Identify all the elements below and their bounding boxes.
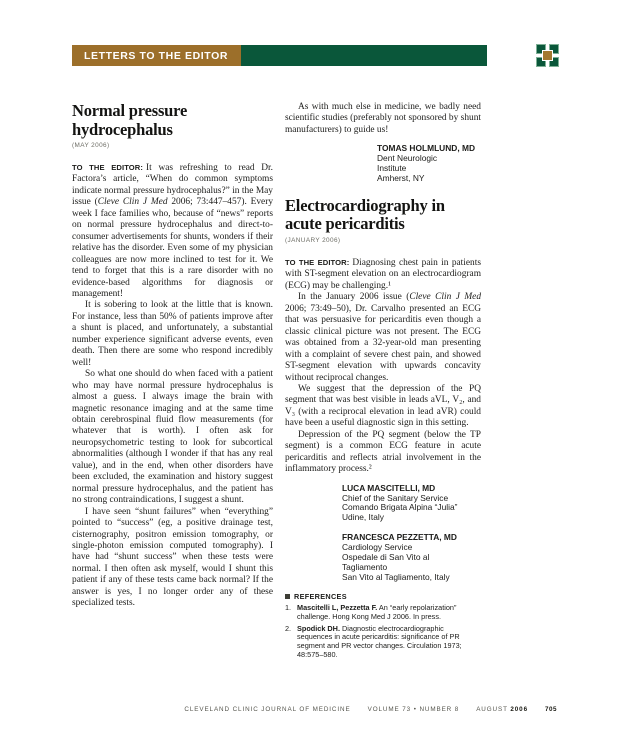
salutation: TO THE EDITOR: [285, 258, 349, 267]
page-footer: CLEVELAND CLINIC JOURNAL OF MEDICINE VOL… [184, 706, 557, 713]
signature-line: Udine, Italy [342, 513, 481, 523]
journal-page: LETTERS TO THE EDITOR Normal pressure hy… [0, 0, 620, 751]
paragraph: We suggest that the depression of the PQ… [285, 384, 481, 430]
signature-block: LUCA MASCITELLI, MD Chief of the Sanitar… [342, 484, 481, 524]
references-heading: REFERENCES [285, 592, 481, 601]
signature-name: LUCA MASCITELLI, MD [342, 484, 481, 494]
letter2-title: Electrocardiography in acute pericarditi… [285, 197, 481, 234]
section-label: LETTERS TO THE EDITOR [72, 45, 241, 66]
signature-line: San Vito al Tagliamento, Italy [342, 573, 481, 583]
reference-number: 1. [285, 604, 297, 622]
reference-number: 2. [285, 625, 297, 661]
signature-block: FRANCESCA PEZZETTA, MD Cardiology Servic… [342, 533, 481, 583]
footer-issue-date: AUGUST 2006 [476, 706, 528, 713]
reference-text: Mascitelli L, Pezzetta F. An “early repo… [297, 604, 481, 622]
paragraph: TO THE EDITOR:It was refreshing to read … [72, 162, 273, 300]
paragraph-text: It was refreshing to read Dr. Factora’s … [72, 163, 273, 299]
footer-journal-name: CLEVELAND CLINIC JOURNAL OF MEDICINE [184, 706, 350, 713]
section-header: LETTERS TO THE EDITOR [72, 45, 487, 66]
square-bullet-icon [285, 594, 290, 599]
letter2-issue-date: (JANUARY 2006) [285, 237, 481, 244]
paragraph: So what one should do when faced with a … [72, 369, 273, 506]
page-number: 705 [545, 706, 557, 713]
paragraph: In the January 2006 issue (Cleve Clin J … [285, 292, 481, 384]
signature-block: TOMAS HOLMLUND, MD Dent Neurologic Insti… [377, 144, 481, 184]
paragraph: It is sobering to look at the little tha… [72, 300, 273, 369]
paragraph: TO THE EDITOR:Diagnosing chest pain in p… [285, 257, 481, 292]
reference-item: 1. Mascitelli L, Pezzetta F. An “early r… [285, 604, 481, 622]
footer-volume-number: VOLUME 73 • NUMBER 8 [368, 706, 460, 713]
paragraph: Depression of the PQ segment (below the … [285, 430, 481, 476]
paragraph: As with much else in medicine, we badly … [285, 102, 481, 136]
paragraph: I have seen “shunt failures” when “every… [72, 507, 273, 610]
references-heading-label: REFERENCES [294, 592, 347, 601]
header-rule [241, 45, 487, 66]
reference-item: 2. Spodick DH. Diagnostic electrocardiog… [285, 625, 481, 661]
reference-text: Spodick DH. Diagnostic electrocardiograp… [297, 625, 481, 661]
references-section: REFERENCES 1. Mascitelli L, Pezzetta F. … [285, 592, 481, 660]
salutation: TO THE EDITOR: [72, 163, 143, 172]
cleveland-clinic-logo-icon [536, 44, 559, 67]
letter1-issue-date: (MAY 2006) [72, 142, 273, 149]
right-column: As with much else in medicine, we badly … [285, 100, 481, 660]
logo-center-square [542, 50, 553, 61]
left-column: Normal pressure hydrocephalus (MAY 2006)… [72, 100, 273, 610]
signature-line: Amherst, NY [377, 174, 481, 184]
letter1-title: Normal pressure hydrocephalus [72, 102, 273, 139]
